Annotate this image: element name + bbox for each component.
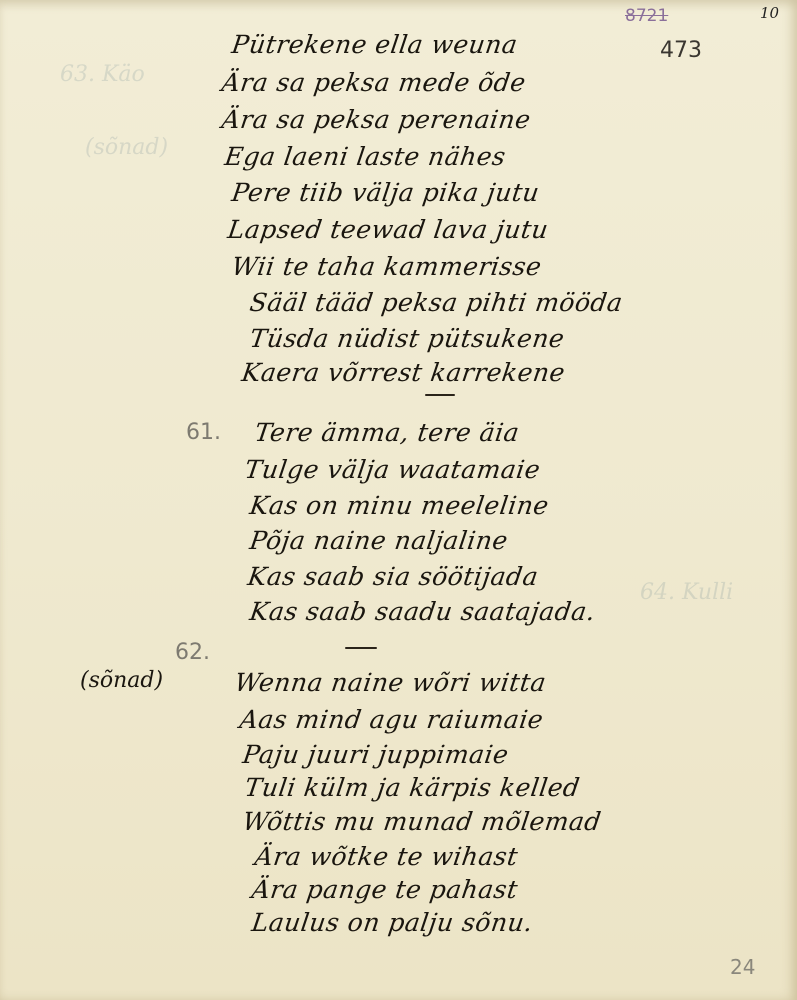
song-number: 61. xyxy=(186,420,221,445)
verse-line: Lapsed teewad lava jutu xyxy=(226,215,550,244)
verse-line: Pütrekene ella weuna xyxy=(230,30,520,59)
verse-line: Wõttis mu munad mõlemad xyxy=(241,807,603,836)
archive-number-new: 473 xyxy=(660,38,702,63)
song-number: 62. xyxy=(175,640,210,665)
bleed-through-heading-64: 64. Kulli xyxy=(640,580,733,605)
verse-line: Tüsda nüdist pütsukene xyxy=(248,324,566,353)
section-divider xyxy=(425,394,455,396)
verse-line: Kaera võrrest karrekene xyxy=(240,358,567,387)
verse-line: Wii te taha kammerisse xyxy=(230,252,544,281)
verse-line: Laulus on palju sõnu. xyxy=(250,908,535,937)
archive-number-old: 8721 xyxy=(625,6,668,26)
verse-line: Ära sa peksa perenaine xyxy=(220,105,533,134)
verse-line: Tuli külm ja kärpis kelled xyxy=(243,773,582,802)
manuscript-page: 63. Käo (sõnad) 64. Kulli 8721 473 10 Pü… xyxy=(0,0,797,1000)
verse-line: Põja naine naljaline xyxy=(248,526,510,555)
sheet-number: 24 xyxy=(730,955,755,979)
verse-line: Ära sa peksa mede õde xyxy=(220,68,528,97)
verse-line: Ära wõtke te wihast xyxy=(253,842,520,871)
bleed-through-heading-63: 63. Käo xyxy=(60,62,145,87)
bleed-through-sonad: (sõnad) xyxy=(85,135,168,160)
verse-line: Paju juuri juppimaie xyxy=(241,740,511,769)
verse-line: Kas saab saadu saatajada. xyxy=(248,597,597,626)
verse-line: Kas on minu meeleline xyxy=(248,491,551,520)
song-type-note: (sõnad) xyxy=(80,668,163,693)
section-divider xyxy=(345,647,377,649)
verse-line: Tere ämma, tere äia xyxy=(253,418,521,447)
verse-line: Ega laeni laste nähes xyxy=(223,142,508,171)
verse-line: Kas saab sia söötijada xyxy=(246,562,540,591)
verse-line: Ära pange te pahast xyxy=(250,875,520,904)
verse-line: Pere tiib välja pika jutu xyxy=(230,178,541,207)
page-number: 10 xyxy=(760,4,779,22)
verse-line: Tulge välja waatamaie xyxy=(243,455,542,484)
verse-line: Sääl tääd peksa pihti mööda xyxy=(248,288,625,317)
verse-line: Wenna naine wõri witta xyxy=(233,668,548,697)
verse-line: Aas mind agu raiumaie xyxy=(238,705,545,734)
